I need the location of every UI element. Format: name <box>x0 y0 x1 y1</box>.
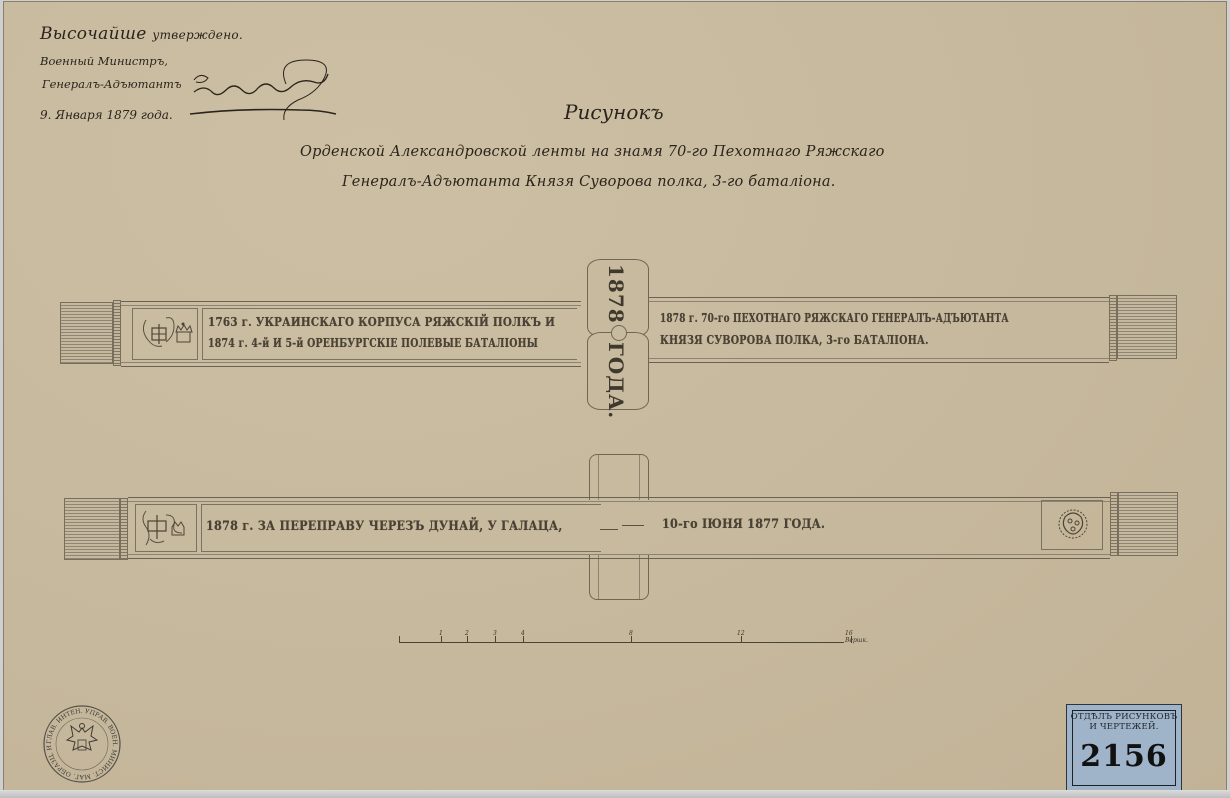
center-pinch-right <box>622 525 644 526</box>
scale-tick-1: 1 <box>439 630 443 637</box>
ribbon-band-right <box>641 297 1109 363</box>
fringe-left <box>64 498 120 560</box>
archive-department: ОТДѢЛЪ РИСУНКОВЪ И ЧЕРТЕЖЕЙ. <box>1067 712 1181 732</box>
clasp-knot <box>611 325 627 341</box>
sleeve-lower <box>589 554 649 600</box>
fringe-right <box>1118 492 1178 556</box>
fringe-cap-right <box>1110 492 1118 556</box>
drawing-subtitle-line-2: Генералъ-Адъютанта Князя Суворова полка,… <box>342 174 836 190</box>
scale-tick-2: 2 <box>465 630 469 637</box>
fringe-cap-right <box>1109 295 1117 361</box>
fringe-cap-left <box>113 300 121 366</box>
approval-date: 9. Января 1879 года. <box>40 108 173 122</box>
signature-icon <box>186 54 346 124</box>
sleeve-upper <box>589 454 649 500</box>
archive-label: ОТДѢЛЪ РИСУНКОВЪ И ЧЕРТЕЖЕЙ. 2156 <box>1066 704 1182 792</box>
approval-line-1: Высочайше утверждено. <box>40 24 243 44</box>
drawing-sheet: Высочайше утверждено. Военный Министръ, … <box>4 2 1226 790</box>
drawing-subtitle-line-1: Орденской Александровской ленты на знамя… <box>300 144 885 160</box>
ministry-stamp-icon: ГЛАВ. ИНТЕН. УПРАВ. ВОЕН. МИНИСТ. МАГ. О… <box>42 704 122 784</box>
scale-tick-12: 12 <box>737 630 745 637</box>
inscription-top-right-line-1: 1878 г. 70-го ПЕХОТНАГО РЯЖСКАГО ГЕНЕРАЛ… <box>660 311 1009 325</box>
fringe-right <box>1117 295 1177 359</box>
scale-bar: 1 2 3 4 8 12 16 Вершк. <box>399 636 844 648</box>
scale-tick-16: 16 Вершк. <box>845 630 868 644</box>
fringe-left <box>60 302 113 364</box>
fringe-cap-left <box>120 498 128 560</box>
inscription-top-right-line-2: КНЯЗЯ СУВОРОВА ПОЛКА, 3-го БАТАЛІОНА. <box>660 333 929 347</box>
approval-approved: утверждено. <box>152 28 243 42</box>
scan-bottom-edge <box>0 790 1230 798</box>
approval-highest: Высочайше <box>40 24 147 44</box>
clasp-year: 1878 <box>604 264 628 324</box>
scale-tick-4: 4 <box>521 630 525 637</box>
monogram-icon <box>138 505 194 551</box>
monogram-crown-icon <box>136 310 196 358</box>
inscription-bottom-left: 1878 г. ЗА ПЕРЕПРАВУ ЧЕРЕЗЪ ДУНАЙ, У ГАЛ… <box>206 519 562 534</box>
approval-line-3: Генералъ-Адъютантъ <box>42 77 182 91</box>
scale-tick-3: 3 <box>493 630 497 637</box>
archive-number: 2156 <box>1067 739 1181 774</box>
drawing-title: Рисунокъ <box>564 100 664 124</box>
center-pinch-left <box>600 529 618 530</box>
scale-tick-8: 8 <box>629 630 633 637</box>
inscription-top-left-line-2: 1874 г. 4-й И 5-й ОРЕНБУРГСКІЕ ПОЛЕВЫЕ Б… <box>208 336 538 350</box>
coat-of-arms-icon <box>1056 505 1090 543</box>
clasp-year-word: ГОДА. <box>604 342 628 419</box>
inscription-top-left-line-1: 1763 г. УКРАИНСКАГО КОРПУСА РЯЖСКІЙ ПОЛК… <box>208 315 555 329</box>
approval-line-2: Военный Министръ, <box>40 54 168 68</box>
inscription-bottom-right: 10-го ІЮНЯ 1877 ГОДА. <box>662 517 825 532</box>
